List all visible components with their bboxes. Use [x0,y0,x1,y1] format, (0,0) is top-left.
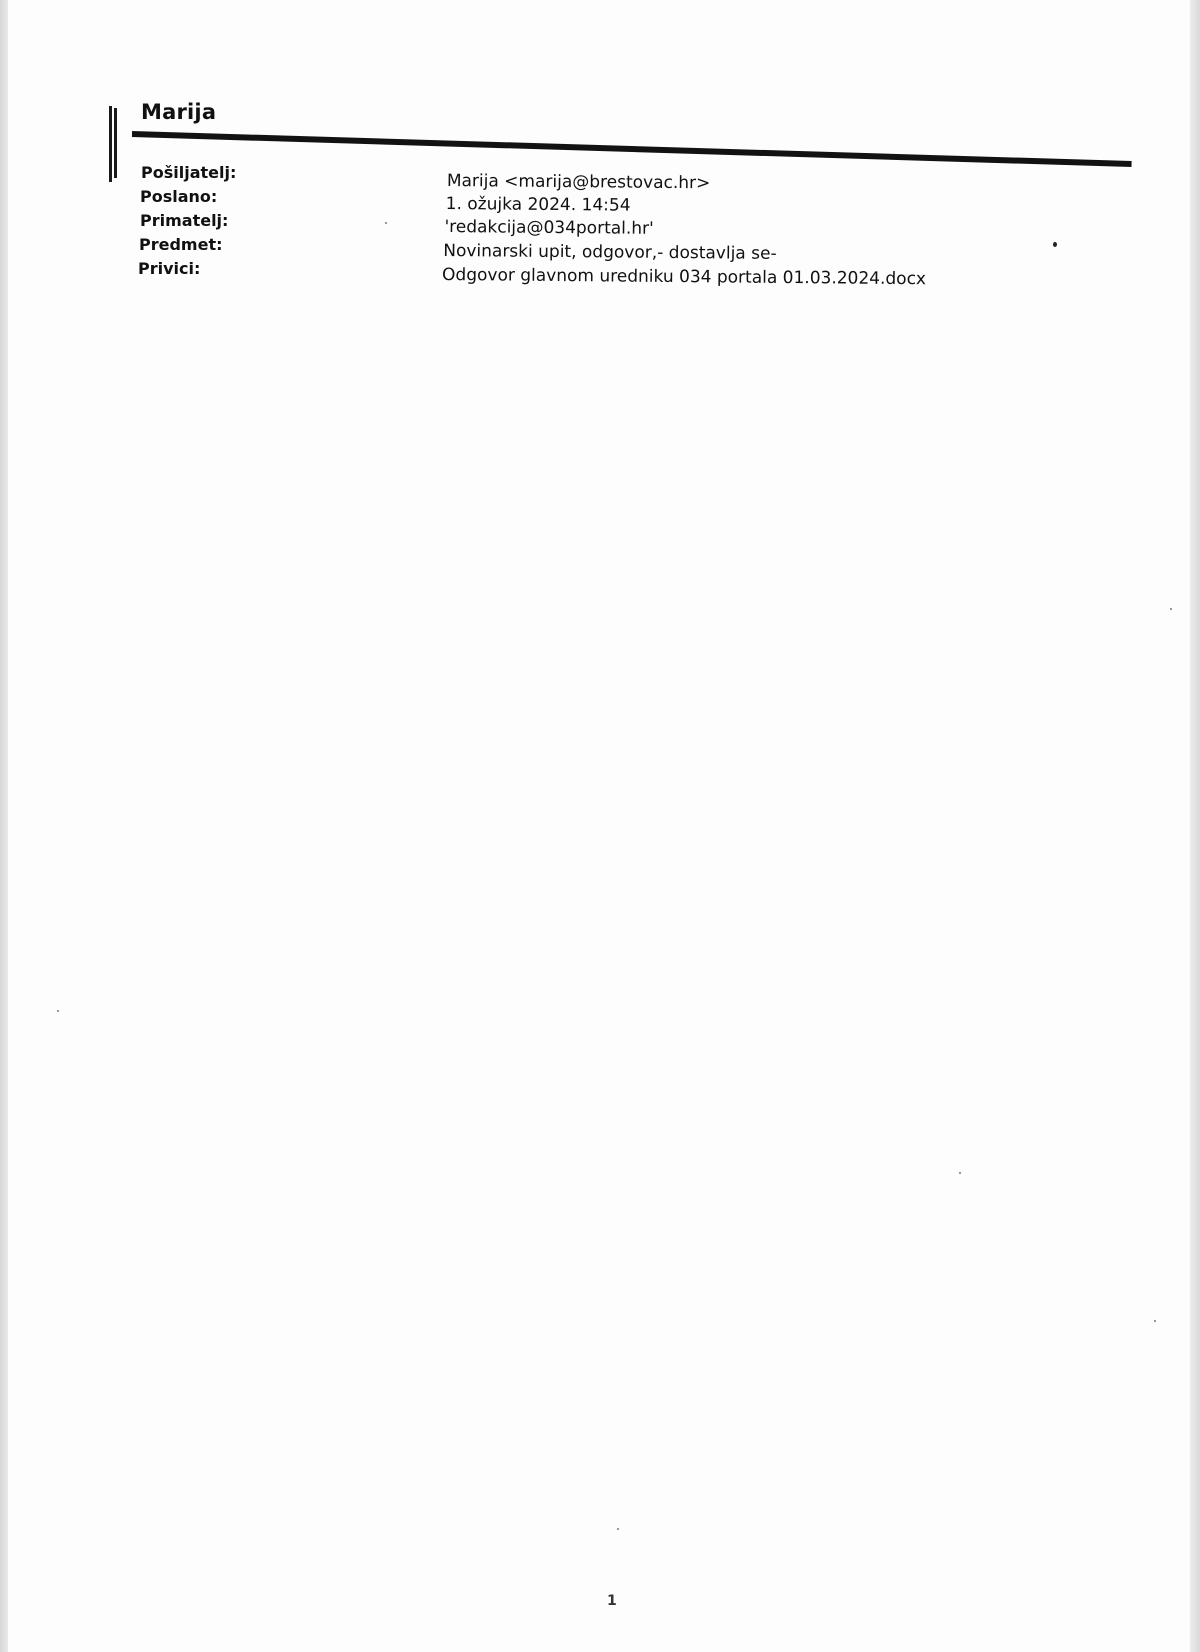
scan-speck [1053,242,1057,247]
heading-divider [132,131,1132,167]
scan-edge-left [0,0,8,1652]
sender-heading: Marija [141,100,216,124]
label-subject: Predmet: [139,232,236,258]
margin-marker [109,106,119,182]
scan-edge-right [1190,0,1200,1652]
scan-speck [617,1528,619,1530]
label-sent: Poslano: [140,184,236,210]
page-number: 1 [607,1593,617,1609]
document-page: Marija Pošiljatelj: Poslano: Primatelj: … [8,0,1190,1652]
label-attachments: Privici: [138,256,236,282]
label-recipient: Primatelj: [140,208,236,234]
margin-marker-bar [114,108,117,178]
label-sender: Pošiljatelj: [141,160,236,186]
email-header-values: Marija <marija@brestovac.hr> 1. ožujka 2… [443,168,927,292]
scan-speck [1170,608,1172,610]
scan-speck [385,222,387,224]
margin-marker-bar [109,106,112,182]
scan-speck [1154,1320,1156,1322]
value-attachment: Odgovor glavnom uredniku 034 portala 01.… [442,262,926,292]
scan-speck [959,1172,961,1174]
email-header-labels: Pošiljatelj: Poslano: Primatelj: Predmet… [139,160,236,282]
scan-speck [57,1010,59,1012]
